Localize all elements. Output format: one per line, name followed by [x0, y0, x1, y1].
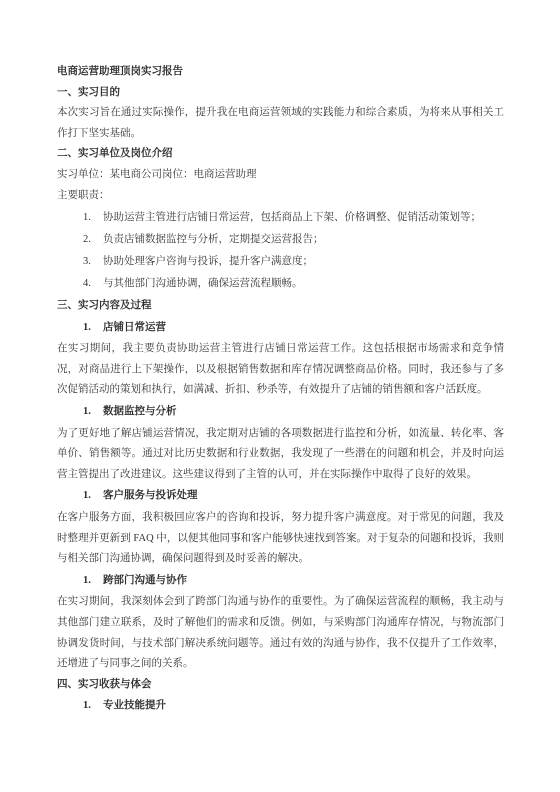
subsection-heading-text: 专业技能提升: [103, 696, 166, 717]
doc-title: 电商运营助理顶岗实习报告: [57, 62, 504, 83]
section-heading-4: 四、实习收获与体会: [57, 675, 504, 696]
paragraph: 为了更好地了解店铺运营情况，我定期对店铺的各项数据进行监控和分析，如流量、转化率…: [57, 424, 504, 486]
paragraph: 在实习期间，我主要负责协助运营主管进行店铺日常运营工作。这包括根据市场需求和竞争…: [57, 339, 504, 401]
subsection-number: 1.: [83, 486, 103, 507]
document-page: 电商运营助理顶岗实习报告 一、实习目的 本次实习旨在通过实际操作，提升我在电商运…: [0, 0, 560, 792]
list-item: 2. 负责店铺数据监控与分析，定期提交运营报告；: [83, 230, 504, 251]
list-item-number: 4.: [83, 274, 103, 295]
subsection-heading-text: 跨部门沟通与协作: [103, 571, 187, 592]
subsection-number: 1.: [83, 696, 103, 717]
list-item-number: 3.: [83, 252, 103, 273]
list-item-text: 协助运营主管进行店铺日常运营，包括商品上下架、价格调整、促销活动策划等；: [103, 208, 504, 229]
paragraph: 在实习期间，我深刻体会到了跨部门沟通与协作的重要性。为了确保运营流程的顺畅，我主…: [57, 592, 504, 674]
list-item-number: 2.: [83, 230, 103, 251]
list-item: 3. 协助处理客户咨询与投诉，提升客户满意度；: [83, 252, 504, 273]
subsection-heading-text: 数据监控与分析: [103, 402, 177, 423]
subsection-heading: 1. 数据监控与分析: [83, 402, 504, 423]
subsection-heading: 1. 店铺日常运营: [83, 318, 504, 339]
subsection-number: 1.: [83, 402, 103, 423]
paragraph: 在客户服务方面，我积极回应客户的咨询和投诉，努力提升客户满意度。对于常见的问题，…: [57, 508, 504, 570]
paragraph: 实习单位：某电商公司岗位：电商运营助理: [57, 165, 504, 186]
subsection-heading-text: 店铺日常运营: [103, 318, 166, 339]
list-item-text: 负责店铺数据监控与分析，定期提交运营报告；: [103, 230, 504, 251]
paragraph: 本次实习旨在通过实际操作，提升我在电商运营领域的实践能力和综合素质，为将来从事相…: [57, 103, 504, 144]
subsection-heading: 1. 专业技能提升: [83, 696, 504, 717]
subsection-number: 1.: [83, 571, 103, 592]
section-heading-3: 三、实习内容及过程: [57, 296, 504, 317]
subsection-number: 1.: [83, 318, 103, 339]
paragraph: 主要职责：: [57, 186, 504, 207]
subsection-heading-text: 客户服务与投诉处理: [103, 486, 198, 507]
subsection-heading: 1. 跨部门沟通与协作: [83, 571, 504, 592]
list-item-number: 1.: [83, 208, 103, 229]
subsection-heading: 1. 客户服务与投诉处理: [83, 486, 504, 507]
list-item-text: 与其他部门沟通协调，确保运营流程顺畅。: [103, 274, 504, 295]
list-item-text: 协助处理客户咨询与投诉，提升客户满意度；: [103, 252, 504, 273]
list-item: 1. 协助运营主管进行店铺日常运营，包括商品上下架、价格调整、促销活动策划等；: [83, 208, 504, 229]
section-heading-1: 一、实习目的: [57, 83, 504, 104]
list-item: 4. 与其他部门沟通协调，确保运营流程顺畅。: [83, 274, 504, 295]
section-heading-2: 二、实习单位及岗位介绍: [57, 144, 504, 165]
